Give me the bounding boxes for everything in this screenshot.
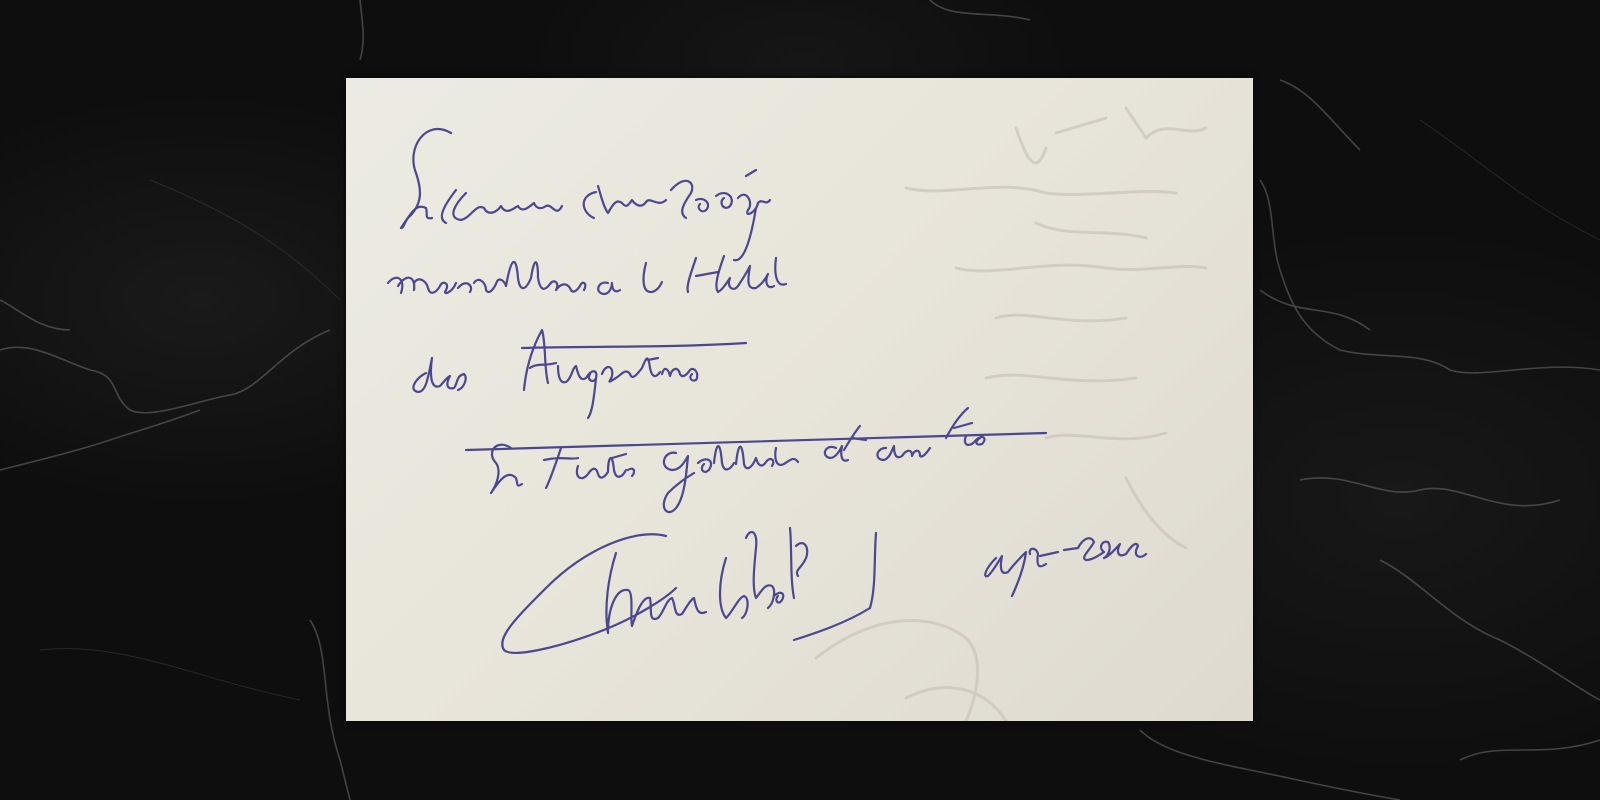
handwriting-line-3 xyxy=(413,330,746,418)
card-artwork xyxy=(346,78,1253,721)
bleed-through-writing xyxy=(816,108,1206,721)
handwriting-line-4 xyxy=(466,408,1046,512)
signature xyxy=(502,528,876,653)
handwriting-line-1 xyxy=(401,129,770,260)
handwriting-line-2 xyxy=(388,256,786,294)
handwritten-card: En souvenir d'un séjour merveilleux à l'… xyxy=(346,78,1253,721)
date-note xyxy=(985,538,1146,596)
